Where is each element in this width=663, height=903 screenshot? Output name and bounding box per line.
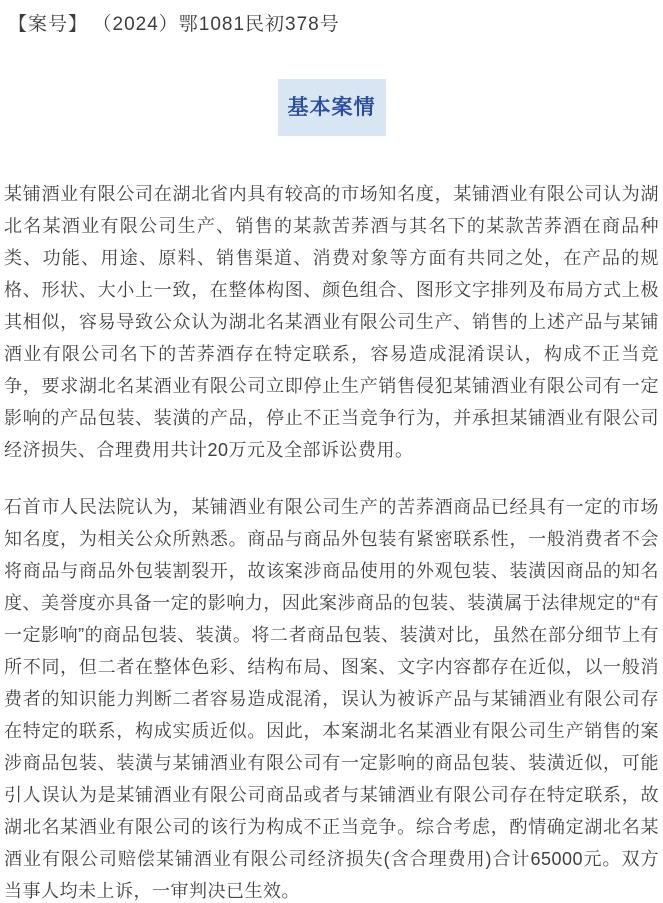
case-facts-paragraph: 某铺酒业有限公司在湖北省内具有较高的市场知名度，某铺酒业有限公司认为湖北名某酒业… <box>4 178 659 466</box>
case-number-label: 【案号】 <box>8 14 88 35</box>
court-opinion-paragraph: 石首市人民法院认为，某铺酒业有限公司生产的苦荞酒商品已经具有一定的市场知名度，为… <box>4 491 659 903</box>
case-number-value: （2024）鄂1081民初378号 <box>102 14 340 35</box>
case-detail-page: 【案号】（2024）鄂1081民初378号 基本案情 某铺酒业有限公司在湖北省内… <box>0 0 663 903</box>
section-badge-basic-facts: 基本案情 <box>278 79 386 136</box>
section-badge-row: 基本案情 <box>4 79 659 136</box>
case-number-line: 【案号】（2024）鄂1081民初378号 <box>4 13 659 36</box>
